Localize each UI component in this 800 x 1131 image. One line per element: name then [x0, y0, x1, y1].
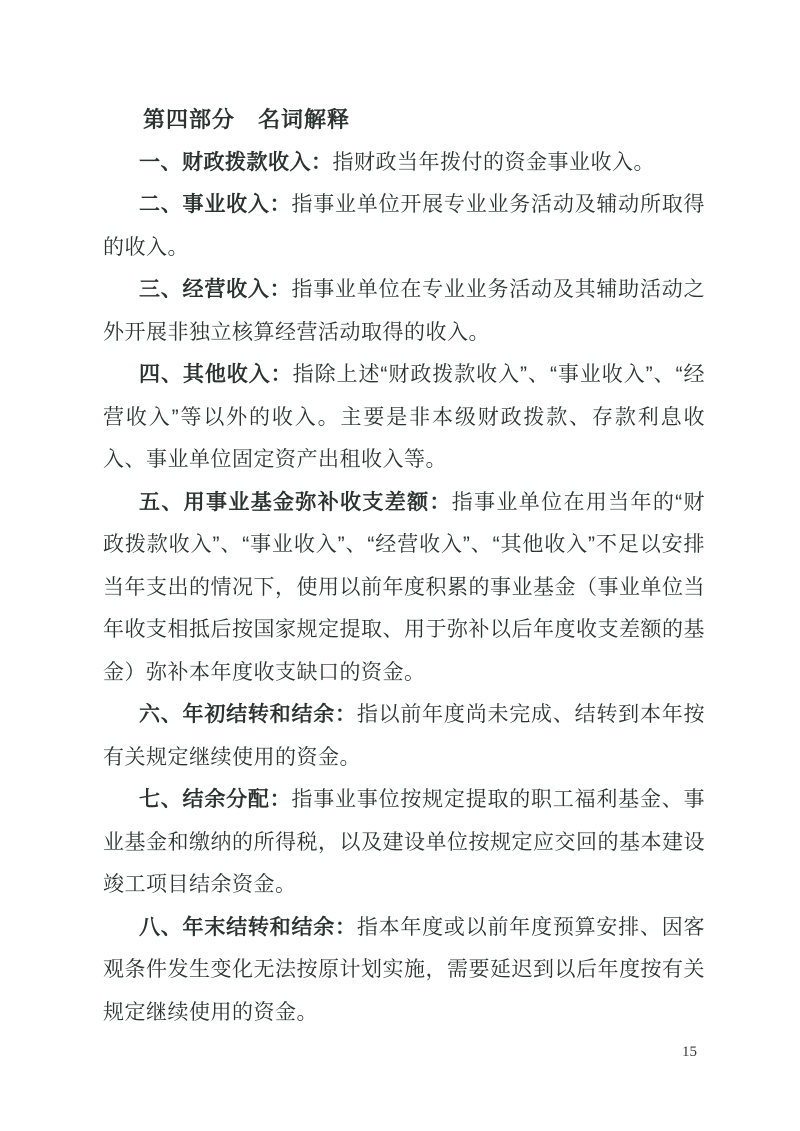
definition-term-2: 二、事业收入：: [139, 193, 291, 216]
definition-term-5: 五、用事业基金弥补收支差额：: [139, 491, 452, 514]
page-number: 15: [682, 1042, 697, 1062]
definition-text-1: 指财政当年拨付的资金事业收入。: [333, 151, 656, 174]
definition-paragraph-2: 二、事业收入：指事业单位开展专业业务活动及辅动所取得的收入。: [103, 184, 705, 269]
definition-term-8: 八、年末结转和结余：: [139, 916, 357, 939]
definition-paragraph-1: 一、财政拨款收入：指财政当年拨付的资金事业收入。: [103, 142, 705, 185]
document-body: 第四部分 名词解释 一、财政拨款收入：指财政当年拨付的资金事业收入。 二、事业收…: [103, 99, 705, 1034]
definition-term-7: 七、结余分配：: [139, 788, 291, 811]
definition-paragraph-6: 六、年初结转和结余：指以前年度尚未完成、结转到本年按有关规定继续使用的资金。: [103, 694, 705, 779]
definition-paragraph-8: 八、年末结转和结余：指本年度或以前年度预算安排、因客观条件发生变化无法按原计划实…: [103, 907, 705, 1035]
page-title: 第四部分 名词解释: [103, 99, 705, 142]
definition-term-1: 一、财政拨款收入：: [139, 151, 333, 174]
definition-term-4: 四、其他收入：: [139, 363, 293, 386]
definition-paragraph-7: 七、结余分配：指事业事位按规定提取的职工福利基金、事业基金和缴纳的所得税，以及建…: [103, 779, 705, 907]
definition-paragraph-4: 四、其他收入：指除上述“财政拨款收入”、“事业收入”、“经营收入”等以外的收入。…: [103, 354, 705, 482]
document-page: 第四部分 名词解释 一、财政拨款收入：指财政当年拨付的资金事业收入。 二、事业收…: [0, 0, 800, 1131]
definition-paragraph-3: 三、经营收入：指事业单位在专业业务活动及其辅助活动之外开展非独立核算经营活动取得…: [103, 269, 705, 354]
definition-term-3: 三、经营收入：: [139, 278, 291, 301]
definition-term-6: 六、年初结转和结余：: [139, 703, 357, 726]
definition-text-5: 指事业单位在用当年的“财政拨款收入”、“事业收入”、“经营收入”、“其他收入”不…: [103, 491, 705, 684]
definition-paragraph-5: 五、用事业基金弥补收支差额：指事业单位在用当年的“财政拨款收入”、“事业收入”、…: [103, 482, 705, 695]
